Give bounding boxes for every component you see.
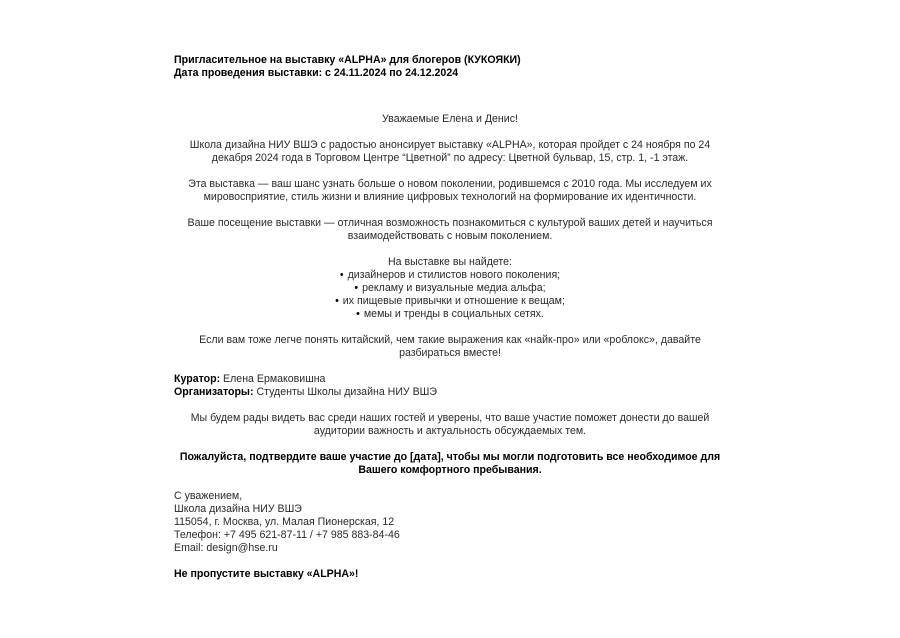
regards: С уважением, xyxy=(174,490,726,503)
features-section: На выставке вы найдете: дизайнеров и сти… xyxy=(174,256,726,321)
list-item: их пищевые привычки и отношение к вещам; xyxy=(174,295,726,308)
signature: С уважением, Школа дизайна НИУ ВШЭ 11505… xyxy=(174,490,726,555)
visit-paragraph: Ваше посещение выставки — отличная возмо… xyxy=(174,217,726,243)
features-list: дизайнеров и стилистов нового поколения;… xyxy=(174,269,726,321)
credits: Куратор: Елена Ермаковишна Организаторы:… xyxy=(174,373,726,399)
list-item: дизайнеров и стилистов нового поколения; xyxy=(174,269,726,282)
organizers-line: Организаторы: Студенты Школы дизайна НИУ… xyxy=(174,386,726,399)
document-title: Пригласительное на выставку «ALPHA» для … xyxy=(174,54,726,67)
greeting: Уважаемые Елена и Денис! xyxy=(174,113,726,126)
list-item: рекламу и визуальные медиа альфа; xyxy=(174,282,726,295)
list-item: мемы и тренды в социальных сетях. xyxy=(174,308,726,321)
confirm-paragraph: Пожалуйста, подтвердите ваше участие до … xyxy=(174,451,726,477)
signature-address: 115054, г. Москва, ул. Малая Пионерская,… xyxy=(174,516,726,529)
glad-paragraph: Мы будем рады видеть вас среди наших гос… xyxy=(174,412,726,438)
curator-value: Елена Ермаковишна xyxy=(220,373,325,385)
signature-phone: Телефон: +7 495 621-87-11 / +7 985 883-8… xyxy=(174,529,726,542)
announce-paragraph: Школа дизайна НИУ ВШЭ с радостью анонсир… xyxy=(174,139,726,165)
closing-call: Не пропустите выставку «ALPHA»! xyxy=(174,568,726,581)
signature-org: Школа дизайна НИУ ВШЭ xyxy=(174,503,726,516)
organizers-label: Организаторы: xyxy=(174,386,254,398)
curator-line: Куратор: Елена Ермаковишна xyxy=(174,373,726,386)
features-intro: На выставке вы найдете: xyxy=(174,256,726,269)
invite-paragraph: Если вам тоже легче понять китайский, че… xyxy=(174,334,726,360)
about-paragraph: Эта выставка — ваш шанс узнать больше о … xyxy=(174,178,726,204)
organizers-value: Студенты Школы дизайна НИУ ВШЭ xyxy=(254,386,437,398)
signature-email: Email: design@hse.ru xyxy=(174,542,726,555)
invitation-document: Пригласительное на выставку «ALPHA» для … xyxy=(174,54,726,581)
exhibition-dates: Дата проведения выставки: с 24.11.2024 п… xyxy=(174,67,726,80)
document-header: Пригласительное на выставку «ALPHA» для … xyxy=(174,54,726,80)
curator-label: Куратор: xyxy=(174,373,220,385)
